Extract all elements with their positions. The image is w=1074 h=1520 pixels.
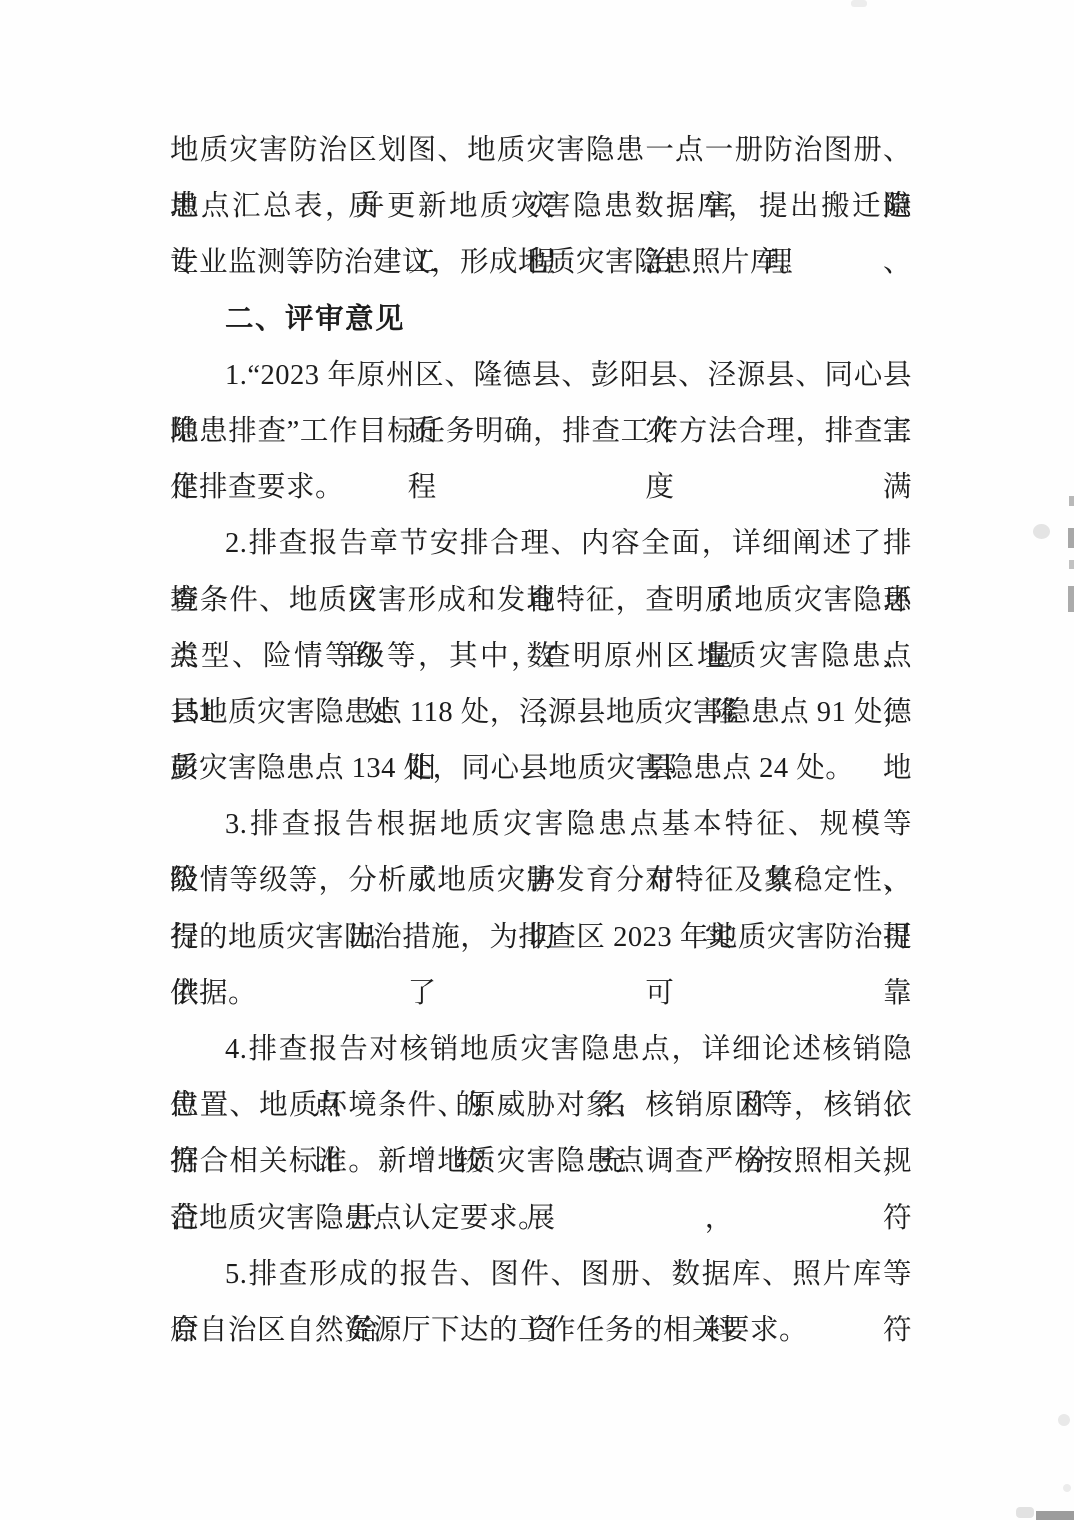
scan-artifact xyxy=(1036,1511,1074,1520)
scan-artifact xyxy=(1069,496,1074,506)
body-line: 2.排查报告章节安排合理、内容全面，详细阐述了排查区地质环 xyxy=(170,516,912,572)
body-line: 类型、险情等级等，其中，查明原州区地质灾害隐患点 151 处，隆德 xyxy=(170,629,912,685)
scan-artifact xyxy=(1063,1484,1071,1492)
scan-artifact xyxy=(1068,586,1074,612)
scan-artifact xyxy=(1033,524,1050,539)
body-line: 符合相关标准。新增地质灾害隐患点调查严格按照相关规范开展，符 xyxy=(170,1134,912,1190)
body-line: 合自治区自然资源厅下达的工作任务的相关要求。 xyxy=(170,1303,912,1359)
scanned-document-page: 地质灾害防治区划图、地质灾害隐患一点一册防治图册、地质灾害隐 患点汇总表，并更新… xyxy=(0,0,1074,1520)
scan-artifact xyxy=(851,0,867,7)
scan-artifact xyxy=(1069,560,1074,569)
document-body: 地质灾害防治区划图、地质灾害隐患一点一册防治图册、地质灾害隐 患点汇总表，并更新… xyxy=(170,123,912,1359)
body-line: 3.排查报告根据地质灾害隐患点基本特征、规模等级、威胁对象、 xyxy=(170,797,912,853)
body-line: 境条件、地质灾害形成和发育特征，查明了地质灾害隐患点的数量、 xyxy=(170,573,912,629)
body-line: 质灾害隐患点 134 处，同心县地质灾害隐患点 24 处。 xyxy=(170,741,912,797)
body-line: 地质灾害防治区划图、地质灾害隐患一点一册防治图册、地质灾害隐 xyxy=(170,123,912,179)
body-line: 1.“2023 年原州区、隆德县、彭阳县、泾源县、同心县地质灾害 xyxy=(170,348,912,404)
body-line: 4.排查报告对核销地质灾害隐患点，详细论述核销隐患点的名称、 xyxy=(170,1022,912,1078)
scan-artifact xyxy=(1058,1414,1070,1426)
body-line: 险情等级等，分析了地质灾害发育分布特征及其稳定性，提出切实可 xyxy=(170,853,912,909)
body-line: 位置、地质环境条件、原威胁对象、核销原因等，核销依据比较充分， xyxy=(170,1078,912,1134)
body-line: 5.排查形成的报告、图件、图册、数据库、照片库等原始资料符 xyxy=(170,1247,912,1303)
body-line: 隐患排查”工作目标任务明确，排查工作方法合理，排查工作程度满 xyxy=(170,404,912,460)
body-line: 县地质灾害隐患点 118 处，泾源县地质灾害隐患点 91 处，彭阳县地 xyxy=(170,685,912,741)
section-heading: 二、评审意见 xyxy=(170,292,912,348)
scan-artifact xyxy=(1068,528,1074,548)
body-line: 专业监测等防治建议，形成地质灾害隐患照片库。 xyxy=(170,235,912,291)
scan-artifact xyxy=(1016,1507,1034,1518)
body-line: 患点汇总表，并更新地质灾害隐患数据库，提出搬迁避让、工程治理、 xyxy=(170,179,912,235)
body-line: 行的地质灾害防治措施，为排查区 2023 年地质灾害防治提供了可靠 xyxy=(170,910,912,966)
